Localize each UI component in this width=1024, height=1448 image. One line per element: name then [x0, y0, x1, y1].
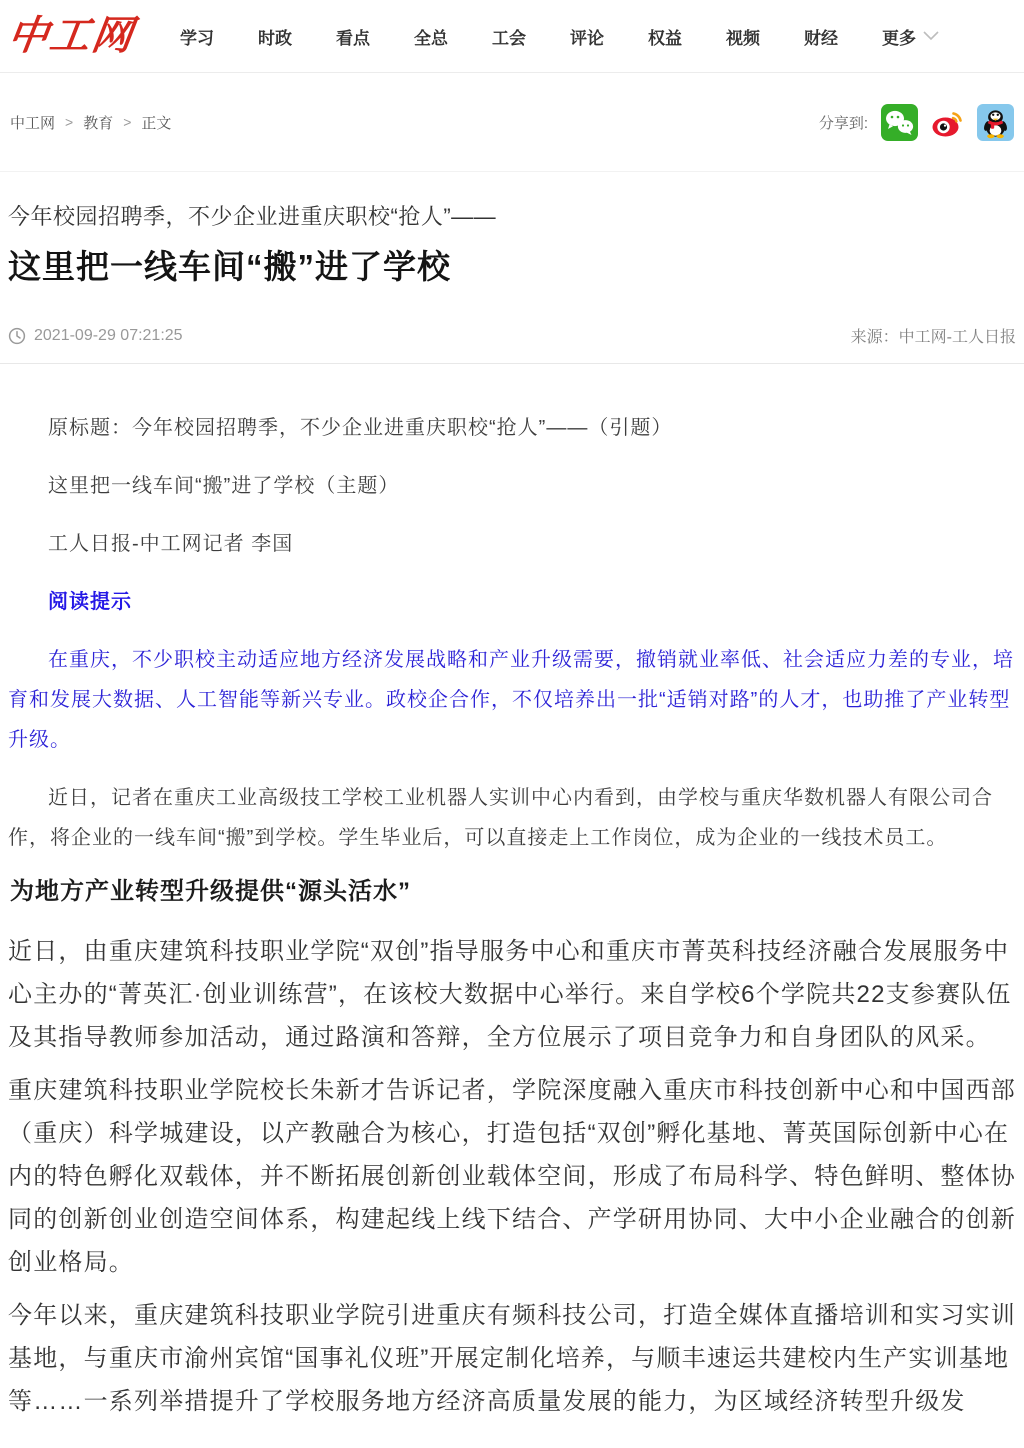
weibo-icon[interactable] — [929, 104, 966, 141]
site-logo[interactable]: 中工网 — [5, 16, 137, 56]
paragraph-1: 近日，由重庆建筑科技职业学院“双创”指导服务中心和重庆市菁英科技经济融合发展服务… — [8, 930, 1016, 1059]
nav-item-video[interactable]: 视频 — [726, 24, 760, 49]
paragraph-3: 今年以来，重庆建筑科技职业学院引进重庆有频科技公司，打造全媒体直播培训和实习实训… — [8, 1294, 1016, 1423]
section-heading: 为地方产业转型升级提供“源头活水” — [8, 876, 1016, 908]
share-bar: 分享到: — [819, 104, 1014, 141]
breadcrumb: 中工网 > 教育 > 正文 — [10, 112, 171, 133]
article-source: 来源：中工网-工人日报 — [851, 324, 1016, 347]
reading-tip-body: 在重庆，不少职校主动适应地方经济发展战略和产业升级需要，撤销就业率低、社会适应力… — [8, 640, 1016, 760]
breadcrumb-separator: > — [123, 114, 131, 130]
breadcrumb-current: 正文 — [141, 112, 171, 133]
wechat-icon[interactable] — [881, 104, 918, 141]
breadcrumb-separator: > — [65, 114, 73, 130]
paragraph-theme-title: 这里把一线车间“搬”进了学校（主题） — [8, 466, 1016, 506]
reading-tip-label: 阅读提示 — [8, 582, 1016, 622]
article-meta: 2021-09-29 07:21:25 来源：中工网-工人日报 — [8, 324, 1016, 363]
site-header: 中工网 学习 时政 看点 全总 工会 评论 权益 视频 财经 更多 — [0, 0, 1024, 73]
nav-more-label: 更多 — [882, 24, 916, 49]
breadcrumb-category[interactable]: 教育 — [83, 112, 113, 133]
paragraph-original-title: 原标题：今年校园招聘季，不少企业进重庆职校“抢人”——（引题） — [8, 408, 1016, 448]
paragraph-lead: 近日，记者在重庆工业高级技工学校工业机器人实训中心内看到，由学校与重庆华数机器人… — [8, 778, 1016, 858]
nav-item-comment[interactable]: 评论 — [570, 24, 604, 49]
article-body: 原标题：今年校园招聘季，不少企业进重庆职校“抢人”——（引题） 这里把一线车间“… — [0, 364, 1024, 1423]
main-nav: 学习 时政 看点 全总 工会 评论 权益 视频 财经 更多 — [180, 24, 939, 49]
qq-icon[interactable] — [977, 104, 1014, 141]
breadcrumb-home[interactable]: 中工网 — [10, 112, 55, 133]
clock-icon — [8, 327, 26, 345]
share-label: 分享到: — [819, 112, 868, 133]
nav-item-rights[interactable]: 权益 — [648, 24, 682, 49]
nav-item-more[interactable]: 更多 — [882, 24, 939, 49]
publish-date-text: 2021-09-29 07:21:25 — [34, 327, 183, 345]
article-head: 今年校园招聘季，不少企业进重庆职校“抢人”—— 这里把一线车间“搬”进了学校 2… — [0, 172, 1024, 364]
article-title: 这里把一线车间“搬”进了学校 — [8, 244, 1016, 290]
nav-item-focus[interactable]: 看点 — [336, 24, 370, 49]
publish-date: 2021-09-29 07:21:25 — [8, 327, 183, 345]
nav-item-acftu[interactable]: 全总 — [414, 24, 448, 49]
paragraph-2: 重庆建筑科技职业学院校长朱新才告诉记者，学院深度融入重庆市科技创新中心和中国西部… — [8, 1069, 1016, 1284]
nav-item-study[interactable]: 学习 — [180, 24, 214, 49]
source-name: 中工网-工人日报 — [899, 329, 1016, 346]
article-subtitle: 今年校园招聘季，不少企业进重庆职校“抢人”—— — [8, 202, 1016, 232]
source-label: 来源： — [851, 329, 899, 346]
chevron-down-icon — [923, 26, 939, 46]
paragraph-reporter: 工人日报-中工网记者 李国 — [8, 524, 1016, 564]
nav-item-union[interactable]: 工会 — [492, 24, 526, 49]
nav-item-politics[interactable]: 时政 — [258, 24, 292, 49]
nav-item-finance[interactable]: 财经 — [804, 24, 838, 49]
page: 中工网 学习 时政 看点 全总 工会 评论 权益 视频 财经 更多 中工网 > … — [0, 0, 1024, 1423]
breadcrumb-row: 中工网 > 教育 > 正文 分享到: — [0, 73, 1024, 172]
